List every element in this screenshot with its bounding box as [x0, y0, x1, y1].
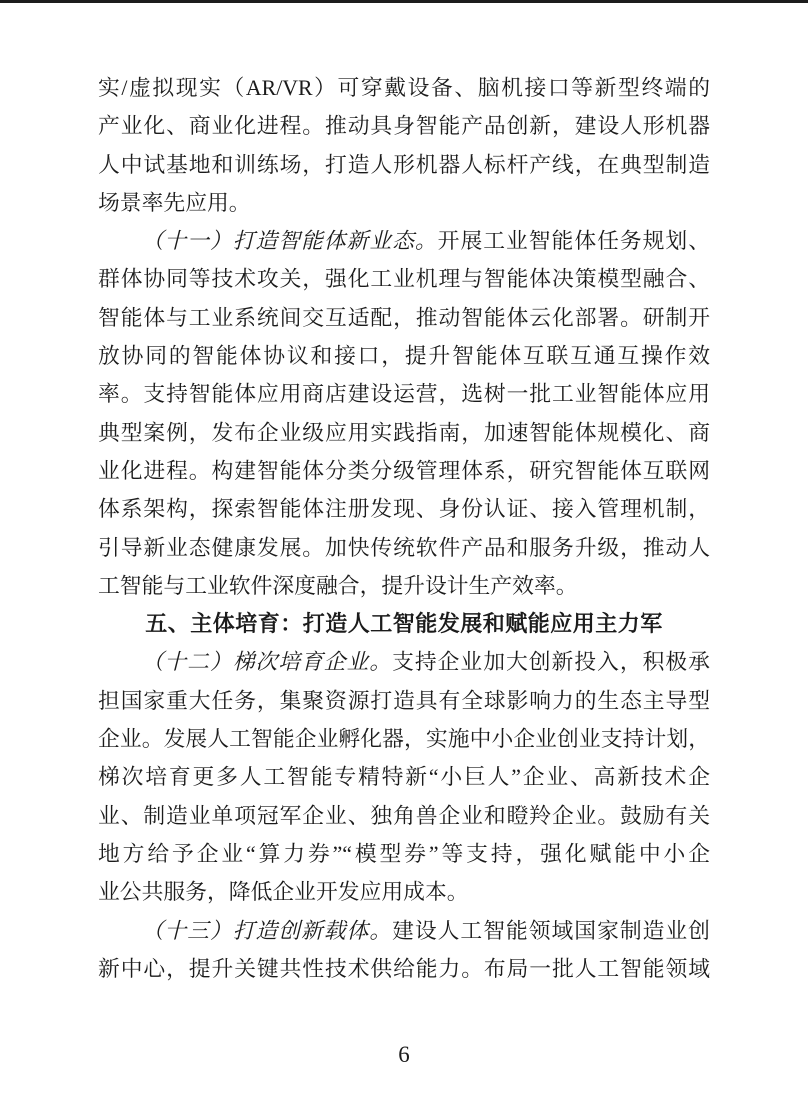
text-line: 引导新业态健康发展。加快传统软件产品和服务升级，推动人: [98, 529, 710, 567]
clause-lead-rest: 开展工业智能体任务规划、: [438, 229, 710, 253]
text-line: 实/虚拟现实（AR/VR）可穿戴设备、脑机接口等新型终端的: [98, 69, 710, 107]
text-line: 梯次培育更多人工智能专精特新“小巨人”企业、高新技术企: [98, 758, 710, 796]
text-line: 群体协同等技术攻关，强化工业机理与智能体决策模型融合、: [98, 260, 710, 298]
text-line: 率。支持智能体应用商店建设运营，选树一批工业智能体应用: [98, 375, 710, 413]
text-line: 产业化、商业化进程。推动具身智能产品创新，建设人形机器: [98, 107, 710, 145]
clause-lead-rest: 支持企业加大创新投入，积极承: [392, 650, 710, 674]
paragraph-clause-11: （十一）打造智能体新业态。开展工业智能体任务规划、 群体协同等技术攻关，强化工业…: [98, 222, 710, 605]
page-number: 6: [0, 1041, 808, 1069]
text-line: 担国家重大任务，集聚资源打造具有全球影响力的生态主导型: [98, 682, 710, 720]
text-line: 地方给予企业“算力券”“模型券”等支持，强化赋能中小企: [98, 835, 710, 873]
paragraph-clause-13: （十三）打造创新载体。建设人工智能领域国家制造业创 新中心，提升关键共性技术供给…: [98, 912, 710, 989]
clause-lead: （十一）打造智能体新业态。: [142, 229, 438, 253]
text-line: 场景率先应用。: [98, 184, 710, 222]
text-line: 典型案例，发布企业级应用实践指南，加速智能体规模化、商: [98, 414, 710, 452]
text-line: 新中心，提升关键共性技术供给能力。布局一批人工智能领域: [98, 950, 710, 988]
text-line: 企业。发展人工智能企业孵化器，实施中小企业创业支持计划，: [98, 720, 710, 758]
scan-edge-artifact: [0, 0, 808, 3]
paragraph-continuation: 实/虚拟现实（AR/VR）可穿戴设备、脑机接口等新型终端的 产业化、商业化进程。…: [98, 69, 710, 222]
text-line: 智能体与工业系统间交互适配，推动智能体云化部署。研制开: [98, 299, 710, 337]
text-line: 放协同的智能体协议和接口，提升智能体互联互通互操作效: [98, 337, 710, 375]
page-footer: 6: [0, 1041, 808, 1069]
clause-lead: （十三）打造创新载体。: [142, 919, 393, 943]
text-line: 体系架构，探索智能体注册发现、身份认证、接入管理机制，: [98, 490, 710, 528]
clause-lead: （十二）梯次培育企业。: [142, 650, 393, 674]
section-heading: 五、主体培育：打造人工智能发展和赋能应用主力军: [98, 605, 710, 643]
text-line: 业、制造业单项冠军企业、独角兽企业和瞪羚企业。鼓励有关: [98, 797, 710, 835]
text-line: 人中试基地和训练场，打造人形机器人标杆产线，在典型制造: [98, 146, 710, 184]
text-line: 业化进程。构建智能体分类分级管理体系，研究智能体互联网: [98, 452, 710, 490]
document-body: 实/虚拟现实（AR/VR）可穿戴设备、脑机接口等新型终端的 产业化、商业化进程。…: [0, 0, 710, 988]
text-line: 业公共服务，降低企业开发应用成本。: [98, 873, 710, 911]
text-line: 工智能与工业软件深度融合，提升设计生产效率。: [98, 567, 710, 605]
document-page: 实/虚拟现实（AR/VR）可穿戴设备、脑机接口等新型终端的 产业化、商业化进程。…: [0, 0, 808, 1116]
paragraph-clause-12: （十二）梯次培育企业。支持企业加大创新投入，积极承 担国家重大任务，集聚资源打造…: [98, 643, 710, 911]
clause-lead-rest: 建设人工智能领域国家制造业创: [392, 919, 710, 943]
text-line: （十三）打造创新载体。建设人工智能领域国家制造业创: [98, 912, 710, 950]
text-line: （十一）打造智能体新业态。开展工业智能体任务规划、: [98, 222, 710, 260]
text-line: （十二）梯次培育企业。支持企业加大创新投入，积极承: [98, 643, 710, 681]
